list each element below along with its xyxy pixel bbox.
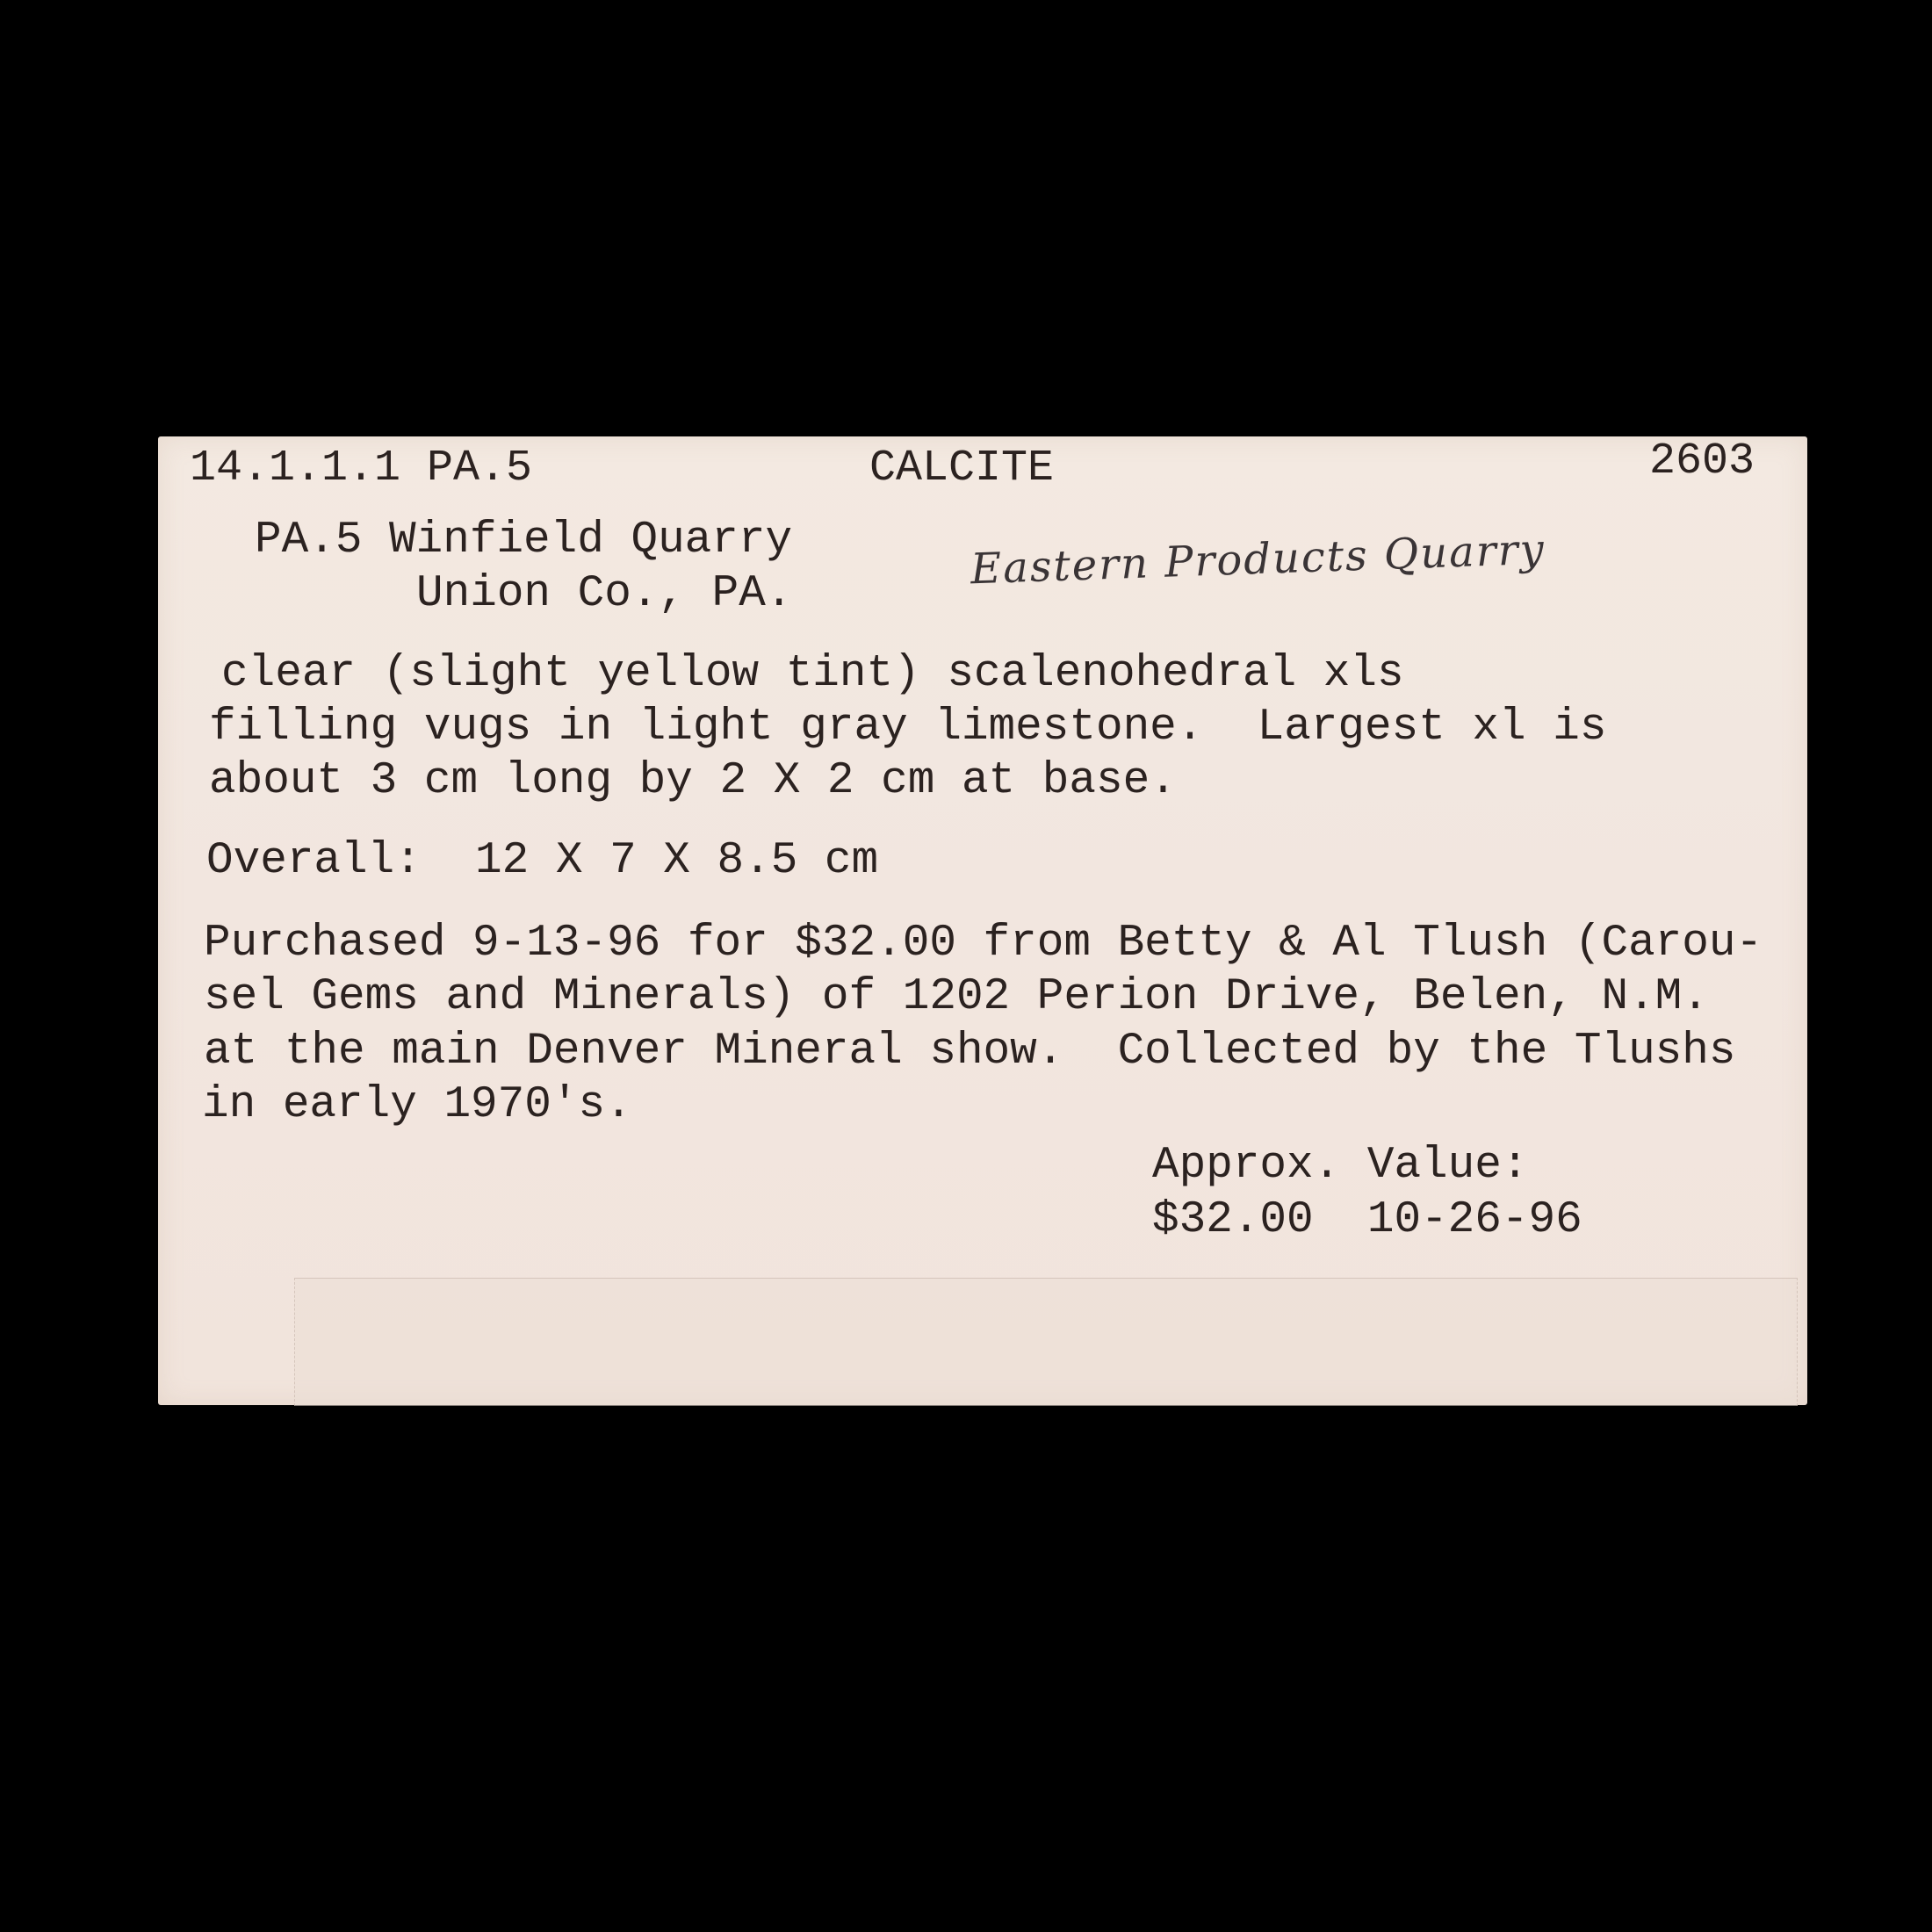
catalog-code: 14.1.1.1 PA.5 [190, 443, 532, 494]
overall-dimensions: Overall: 12 X 7 X 8.5 cm [206, 834, 878, 888]
approx-value-amount-date: $32.00 10-26-96 [1152, 1193, 1582, 1247]
locality-line-2: Union Co., PA. [416, 567, 792, 621]
handwritten-note: Eastern Products Quarry [970, 525, 1546, 595]
locality-line-1: PA.5 Winfield Quarry [255, 514, 792, 567]
provenance-line-1: Purchased 9-13-96 for $32.00 from Betty … [204, 917, 1763, 970]
mineral-name: CALCITE [869, 443, 1054, 494]
specimen-label-card: 14.1.1.1 PA.5 CALCITE 2603 PA.5 Winfield… [158, 436, 1807, 1405]
provenance-line-4: in early 1970's. [202, 1078, 632, 1132]
description-line-1: clear (slight yellow tint) scalenohedral… [221, 647, 1404, 701]
tape-strip [294, 1278, 1798, 1406]
provenance-line-2: sel Gems and Minerals) of 1202 Perion Dr… [204, 970, 1709, 1024]
approx-value-label: Approx. Value: [1152, 1139, 1528, 1193]
provenance-line-3: at the main Denver Mineral show. Collect… [204, 1025, 1735, 1078]
specimen-number: 2603 [1649, 436, 1755, 487]
description-line-3: about 3 cm long by 2 X 2 cm at base. [209, 754, 1177, 808]
description-line-2: filling vugs in light gray limestone. La… [209, 701, 1606, 754]
